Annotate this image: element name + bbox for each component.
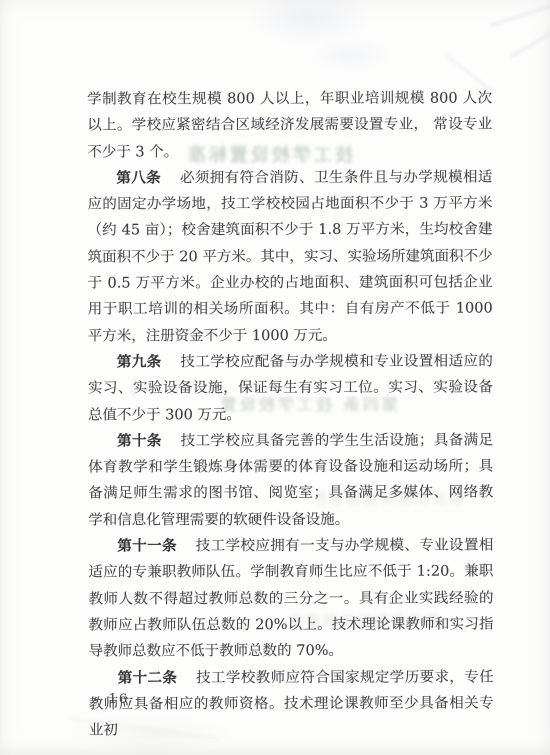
article-heading: 第十条 [117, 432, 162, 449]
paragraph-article-12: 第十二条技工学校教师应符合国家规定学历要求，专任教师应具备相应的教师资格。技术理… [89, 664, 494, 744]
document-body: 学制教育在校生规模 800 人以上，年职业培训规模 800 人次以上。学校应紧密… [87, 85, 494, 743]
page-number: – 16 – [94, 692, 144, 707]
article-heading: 第十二条 [118, 669, 178, 686]
article-heading: 第九条 [117, 353, 162, 370]
paragraph-text: 技工学校应拥有一支与办学规模、专业设置相适应的专兼职教师队伍。学制教育师生比应不… [88, 538, 493, 660]
article-heading: 第十一条 [117, 537, 177, 554]
paragraph-continuation: 学制教育在校生规模 800 人以上，年职业培训规模 800 人次以上。学校应紧密… [87, 85, 492, 165]
paragraph-text: 必须拥有符合消防、卫生条件且与办学规模相适应的固定办学场地，技工学校校园占地面积… [87, 169, 492, 344]
scanned-document-page: 技工学校设置标准 第四条 技工学校设置 相应的教师资格条件 教师总数的比例要求 … [0, 0, 550, 755]
article-heading: 第八条 [116, 169, 161, 186]
paragraph-text: 学制教育在校生规模 800 人以上，年职业培训规模 800 人次以上。学校应紧密… [87, 90, 492, 160]
paragraph-article-11: 第十一条技工学校应拥有一支与办学规模、专业设置相适应的专兼职教师队伍。学制教育师… [88, 533, 493, 666]
paragraph-article-9: 第九条技工学校应配备与办学规模和专业设置相适应的实习、实验设备设施，保证每生有实… [88, 348, 493, 428]
scan-crease-mark [489, 3, 550, 27]
scan-crease-mark [511, 33, 550, 58]
paragraph-article-10: 第十条技工学校应具备完善的学生生活设施；具备满足体育教学和学生锻炼身体需要的体育… [88, 427, 493, 533]
paragraph-article-8: 第八条必须拥有符合消防、卫生条件且与办学规模相适应的固定办学场地，技工学校校园占… [87, 164, 492, 349]
